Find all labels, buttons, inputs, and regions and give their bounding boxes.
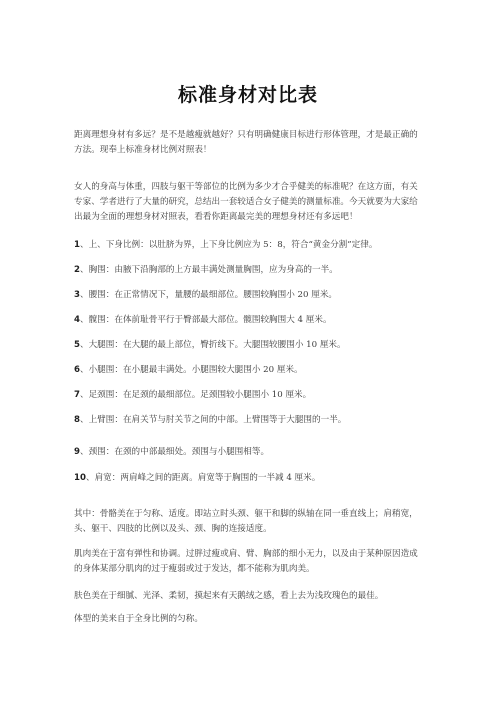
list-item: 6、小腿围：在小腿最丰满处。小腿围较大腿围小 20 厘米。 (74, 364, 434, 376)
intro-paragraph: 距离理想身材有多远？是不是越瘦就越好？只有明确健康目标进行形体管理，才是最正确的… (74, 128, 424, 158)
item-text: 、足颈围：在足颈的最细部位。足颈围较小腿围小 10 厘米。 (80, 390, 311, 400)
item-text: 、大腿围：在大腿的最上部位，臀折线下。大腿围较腰围小 10 厘米。 (80, 340, 346, 350)
list-item: 2、胸围：由腋下沿胸部的上方最丰满处测量胸围，应为身高的一半。 (74, 264, 434, 276)
muscle-paragraph: 肌肉美在于富有弹性和协调。过胖过瘦或肩、臂、胸部的细小无力，以及由于某种原因造成… (74, 547, 424, 577)
item-text: 、胸围：由腋下沿胸部的上方最丰满处测量胸围，应为身高的一半。 (80, 265, 338, 275)
intro2-paragraph: 女人的身高与体重，四肢与躯干等部位的比例为多少才合乎健美的标准呢？在这方面，有关… (74, 180, 424, 225)
skeleton-paragraph: 其中：骨骼美在于匀称、适度。即站立时头颈、躯干和脚的纵轴在同一垂直线上；肩稍宽，… (74, 507, 424, 537)
item-text: 、上臂围：在肩关节与肘关节之间的中部。上臂围等于大腿围的一半。 (80, 415, 346, 425)
item-text: 、肩宽：两肩峰之间的距离。肩宽等于胸围的一半减 4 厘米。 (86, 473, 320, 483)
list-item: 10、肩宽：两肩峰之间的距离。肩宽等于胸围的一半减 4 厘米。 (74, 472, 434, 484)
document-page: 标准身材对比表 距离理想身材有多远？是不是越瘦就越好？只有明确健康目标进行形体管… (0, 0, 496, 702)
item-text: 、颈围：在颈的中部最细处。颈围与小腿围相等。 (80, 447, 269, 457)
list-item: 4、髋围：在体前耻骨平行于臀部最大部位。髋围较胸围大 4 厘米。 (74, 314, 434, 326)
list-item: 3、腰围：在正常情况下，量腰的最细部位。腰围较胸围小 20 厘米。 (74, 289, 434, 301)
body-shape-paragraph: 体型的美来自于全身比例的匀称。 (74, 612, 424, 627)
document-title: 标准身材对比表 (0, 80, 496, 107)
list-item: 5、大腿围：在大腿的最上部位，臀折线下。大腿围较腰围小 10 厘米。 (74, 339, 434, 351)
list-item: 7、足颈围：在足颈的最细部位。足颈围较小腿围小 10 厘米。 (74, 389, 434, 401)
list-item: 8、上臂围：在肩关节与肘关节之间的中部。上臂围等于大腿围的一半。 (74, 414, 434, 426)
item-text: 、髋围：在体前耻骨平行于臀部最大部位。髋围较胸围大 4 厘米。 (80, 315, 332, 325)
skin-paragraph: 肤色美在于细腻、光泽、柔韧，摸起来有天鹅绒之感，看上去为浅玫瑰色的最佳。 (74, 589, 424, 604)
list-item: 1、上、下身比例：以肚脐为界，上下身比例应为 5：8，符合“黄金分割”定律。 (74, 239, 434, 251)
item-text: 、小腿围：在小腿最丰满处。小腿围较大腿围小 20 厘米。 (80, 365, 303, 375)
item-number: 10 (74, 473, 86, 483)
item-text: 、上、下身比例：以肚脐为界，上下身比例应为 5：8，符合“黄金分割”定律。 (80, 240, 377, 250)
list-item: 9、颈围：在颈的中部最细处。颈围与小腿围相等。 (74, 446, 434, 458)
item-text: 、腰围：在正常情况下，量腰的最细部位。腰围较胸围小 20 厘米。 (80, 290, 337, 300)
